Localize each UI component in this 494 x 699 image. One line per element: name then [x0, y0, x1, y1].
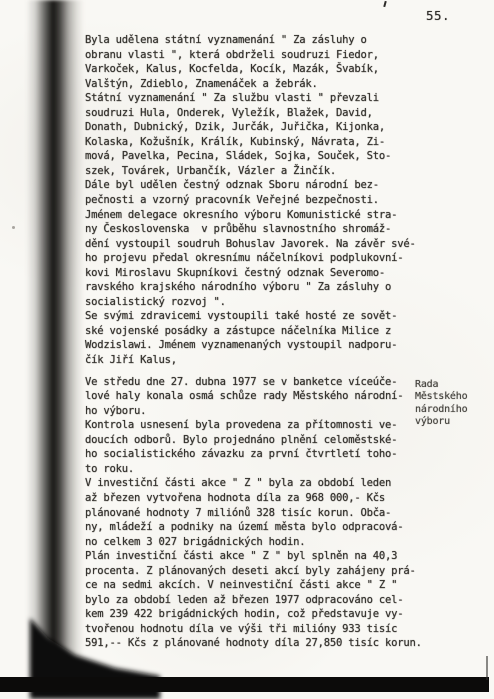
text-line: soudruzi Hula, Onderek, Vyležík, Blažek,… [85, 106, 430, 121]
text-line: Kontrola usnesení byla provedena za přít… [85, 418, 430, 433]
paragraph: Kontrola usnesení byla provedena za přít… [85, 418, 430, 476]
text-line: mová, Pavelka, Pecina, Sládek, Sojka, So… [85, 149, 430, 164]
text-line: lové haly konala osmá schůze rady Městsk… [85, 389, 430, 404]
text-line: Jménem delegace okresního výboru Komunis… [85, 208, 430, 223]
text-line: ny, mládeží a podniky na území města byl… [85, 520, 430, 535]
page-edge-line [486, 656, 488, 680]
text-line: Wodzislawi. Jménem vyznamenaných vystoup… [85, 338, 430, 353]
paragraph: Se svými zdravicemi vystoupili také host… [85, 309, 430, 367]
text-line: 591,-- Kčs z plánované hodnoty díla 27,8… [85, 636, 430, 651]
text-line: Plán investiční části akce " Z " byl spl… [85, 549, 430, 564]
scanned-page: 55. Byla udělena státní vyznamenání " Za… [0, 0, 494, 699]
text-line: Varkoček, Kalus, Kocfelda, Kocík, Mazák,… [85, 62, 430, 77]
text-line: doucích odborů. Bylo projednáno plnění c… [85, 433, 430, 448]
text-line: ho projevu předal okresnímu náčelníkovi … [85, 251, 430, 266]
scan-edge-bar [0, 677, 489, 692]
text-line: ce na sedmi akcích. V neinvestiční části… [85, 578, 430, 593]
scan-speck-top [383, 1, 386, 7]
paragraph: Dále byl udělen čestný odznak Sboru náro… [85, 178, 430, 207]
text-line: ravského krajského národního výboru " Za… [85, 280, 430, 295]
text-line: až březen vytvořena hodnota díla za 968 … [85, 491, 430, 506]
text-line: Valštýn, Zdieblo, Znamenáček a žebrák. [85, 77, 430, 92]
text-line: Byla udělena státní vyznamenání " Za zás… [85, 33, 430, 48]
margin-note-line: národního [415, 404, 487, 416]
text-line: ho socialistického závazku za první čtvr… [85, 447, 430, 462]
text-line: Kolaska, Kožušník, Králík, Kubinský, Náv… [85, 135, 430, 150]
text-line: ny Československa v průběhu slavnostního… [85, 222, 430, 237]
text-line: dění vystoupil soudruh Bohuslav Javorek.… [85, 237, 430, 252]
paragraph: Státní vyznamenání " Za službu vlasti " … [85, 91, 430, 178]
margin-note: RadaMěstskéhonárodníhovýboru [415, 379, 487, 428]
paragraph: Ve středu dne 27. dubna 1977 se v banket… [85, 375, 430, 419]
text-line: to roku. [85, 462, 430, 477]
paragraph: Byla udělena státní vyznamenání " Za zás… [85, 33, 430, 91]
text-line: kem 239 422 brigádnických hodin, což pře… [85, 607, 430, 622]
text-line: pečnosti a vzorný pracovník Veřejné bezp… [85, 193, 430, 208]
text-line: kovi Miroslavu Skupníkovi čestný odznak … [85, 266, 430, 281]
margin-note-line: Rada [415, 379, 487, 391]
text-line: Ve středu dne 27. dubna 1977 se v banket… [85, 375, 430, 390]
page-number: 55. [426, 8, 450, 23]
text-line: procenta. Z plánovaných deseti akcí byly… [85, 564, 430, 579]
text-line: Státní vyznamenání " Za službu vlasti " … [85, 91, 430, 106]
paragraph: Jménem delegace okresního výboru Komunis… [85, 208, 430, 310]
scan-speck-left [12, 226, 15, 229]
text-line: plánované hodnoty 7 miliónů 328 tisíc ko… [85, 506, 430, 521]
text-line: tvořenou hodnotu díla ve výši tři milión… [85, 622, 430, 637]
text-line: ho výboru. [85, 404, 430, 419]
paragraph: Plán investiční části akce " Z " byl spl… [85, 549, 430, 651]
text-line: bylo za období leden až březen 1977 odpr… [85, 593, 430, 608]
text-line: szek, Továrek, Urbančík, Vázler a Žinčík… [85, 164, 430, 179]
text-line: Dále byl udělen čestný odznak Sboru náro… [85, 178, 430, 193]
book-spine-shadow [26, 0, 84, 694]
text-line: obranu vlasti ", která obdrželi soudruzi… [85, 48, 430, 63]
text-line: Se svými zdravicemi vystoupili také host… [85, 309, 430, 324]
text-line: no celkem 3 027 brigádnických hodin. [85, 535, 430, 550]
text-line: Donath, Dubnický, Dzik, Jurčák, Juřička,… [85, 120, 430, 135]
text-line: socialistický rozvoj ". [85, 295, 430, 310]
margin-note-line: Městského [415, 391, 487, 403]
text-line: ské vojenské posádky a zástupce náčelník… [85, 324, 430, 339]
text-line: V investiční části akce " Z " byla za ob… [85, 476, 430, 491]
paragraph: V investiční části akce " Z " byla za ob… [85, 476, 430, 549]
margin-note-line: výboru [415, 416, 487, 428]
text-line: čík Jiří Kalus, [85, 353, 430, 368]
typed-text: Byla udělena státní vyznamenání " Za zás… [85, 33, 430, 651]
